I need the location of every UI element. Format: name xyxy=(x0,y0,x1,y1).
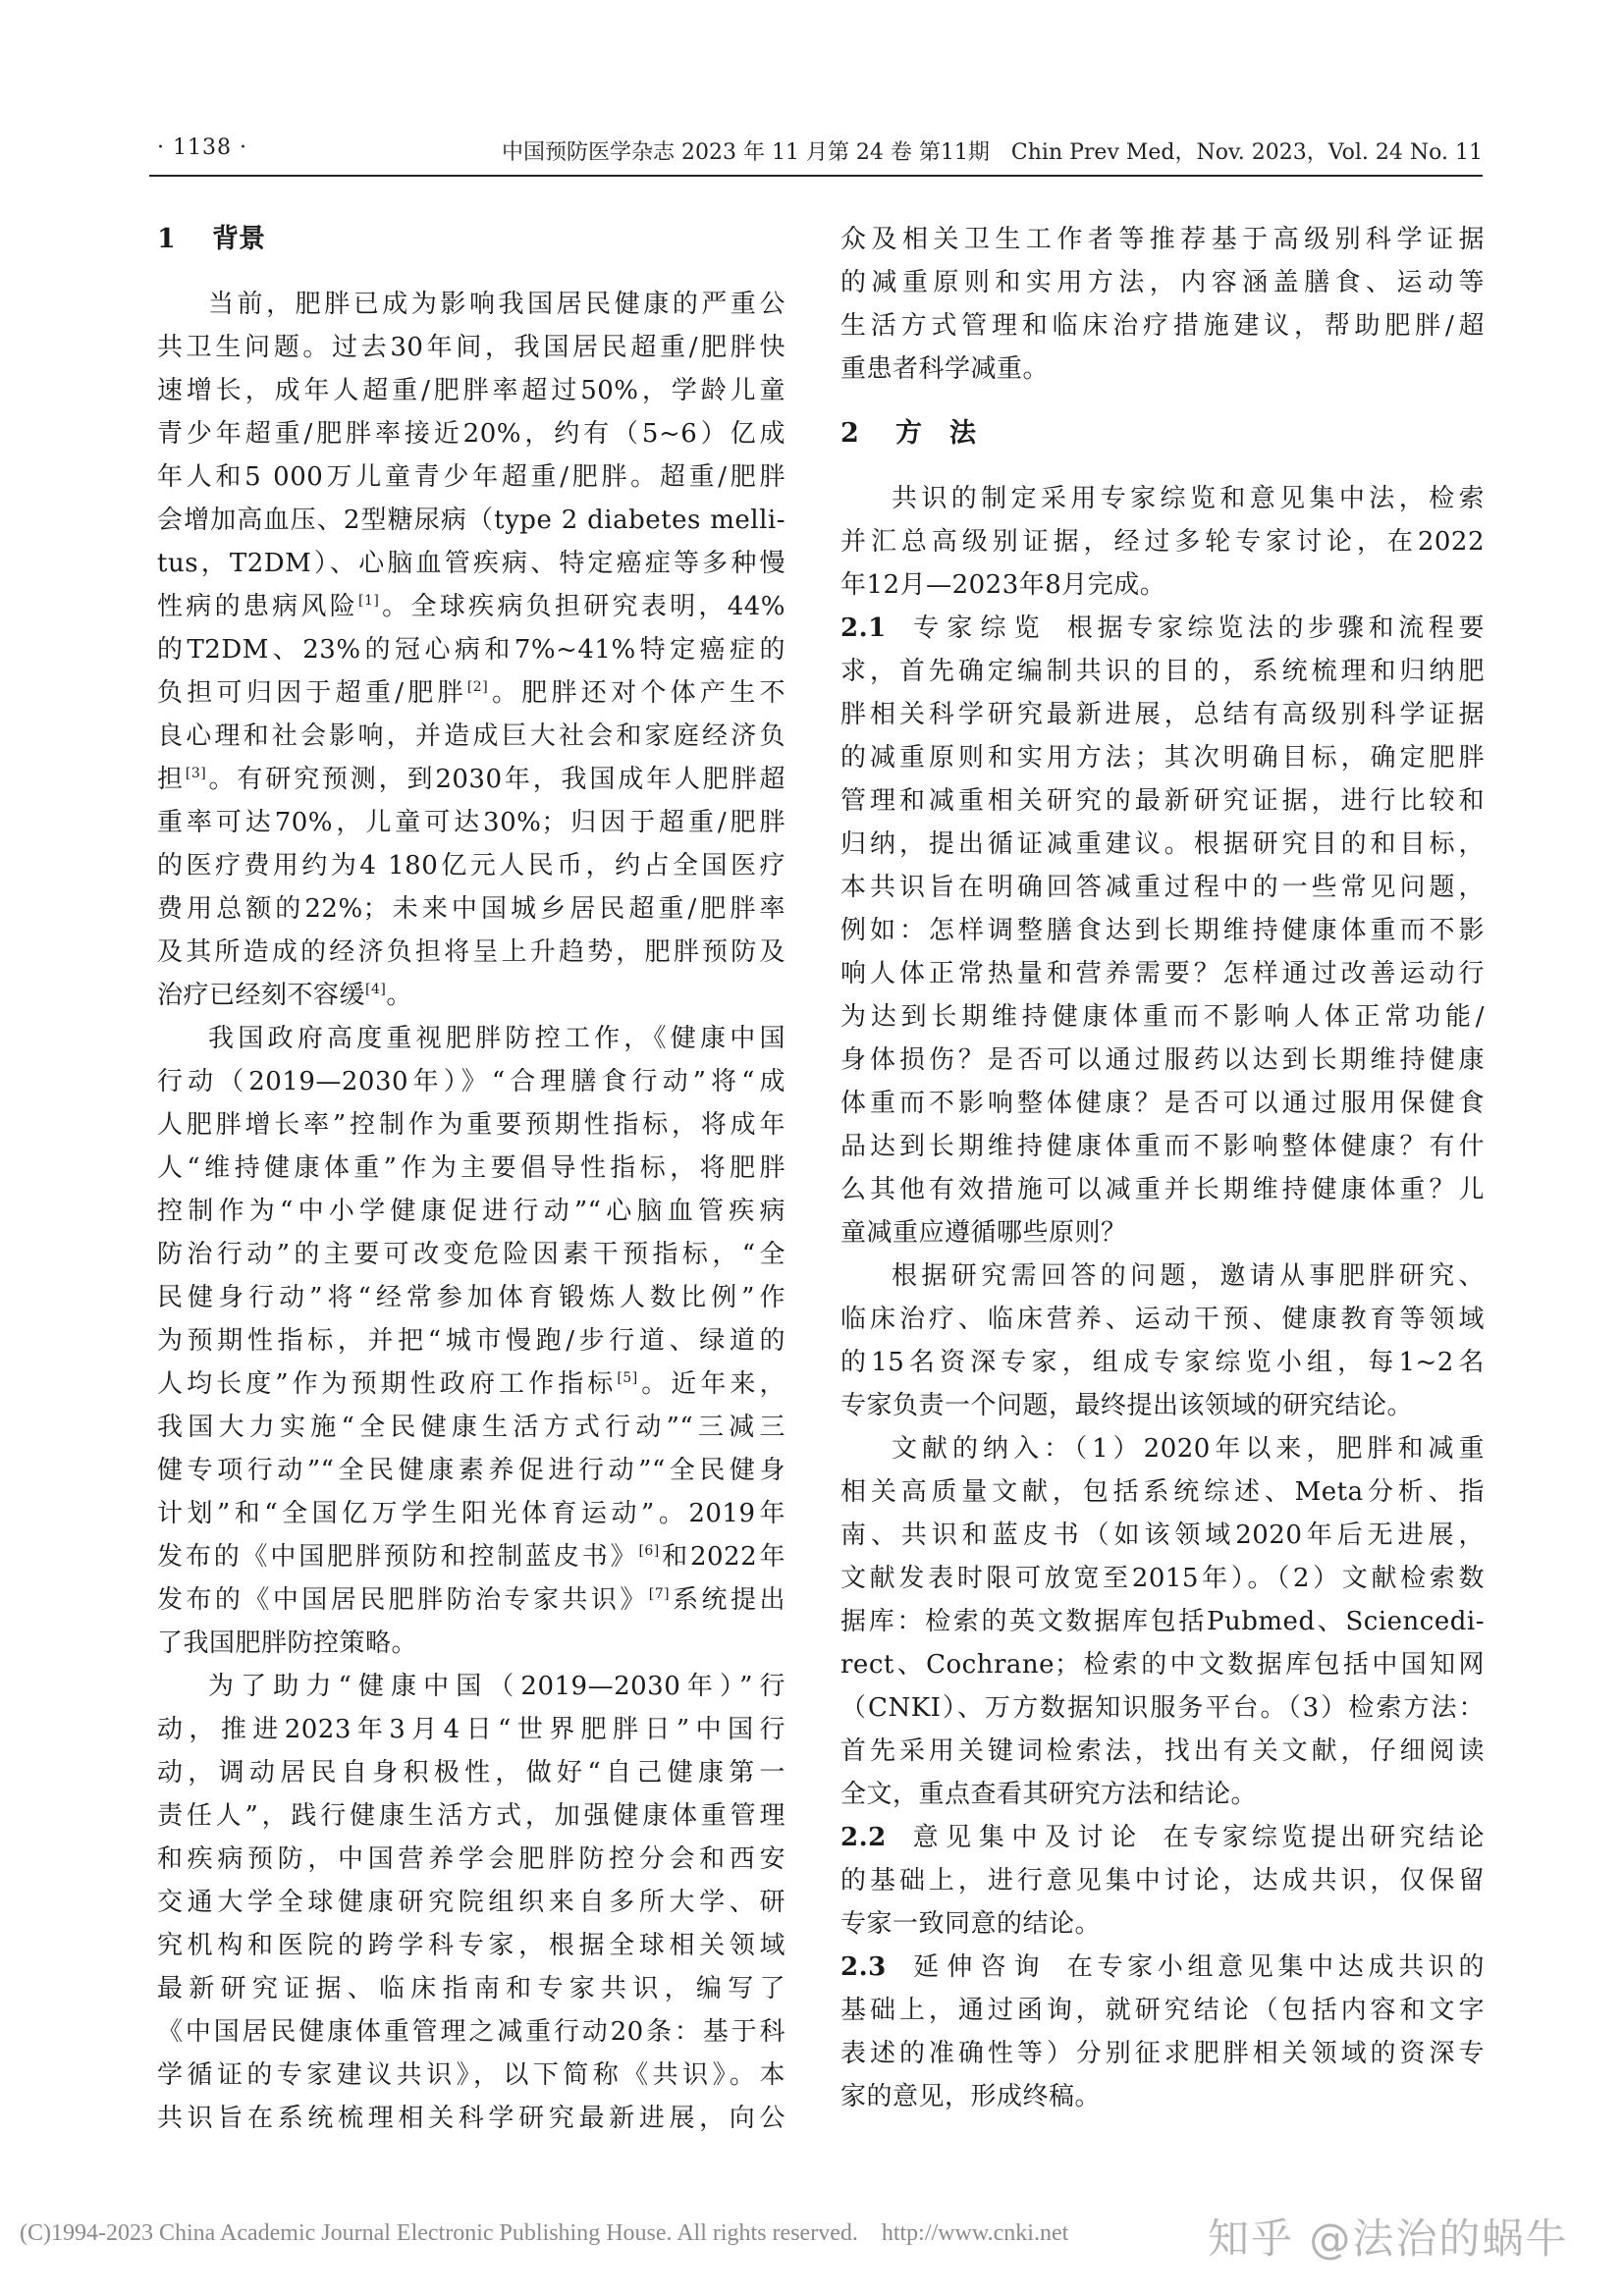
citation-ref[interactable]: [7] xyxy=(649,1586,670,1602)
text-line: 文献发表时限可放宽至2015年）。（2）文献检索数 xyxy=(840,1557,1485,1600)
running-header: · 1138 · 中国预防医学杂志 2023 年 11 月第 24 卷 第11期… xyxy=(157,135,1483,175)
text-line: 责任人”，践行健康生活方式，加强健康体重管理 xyxy=(157,1794,785,1838)
journal-citation: 中国预防医学杂志 2023 年 11 月第 24 卷 第11期 Chin Pre… xyxy=(502,135,1483,166)
text-line: 费用总额的22%；未来中国城乡居民超重/肥胖率 xyxy=(157,887,785,931)
text-line: 共识的制定采用专家综览和意见集中法，检索 xyxy=(840,477,1485,520)
text-line: 为达到长期维持健康体重而不影响人体正常功能/ xyxy=(840,995,1485,1039)
text-line: 人均长度”作为预期性政府工作指标[5]。近年来， xyxy=(157,1362,785,1406)
text-line: 管理和减重相关研究的最新研究证据，进行比较和 xyxy=(840,779,1485,823)
citation-ref[interactable]: [3] xyxy=(186,766,206,781)
text-line: 交通大学全球健康研究院组织来自多所大学、研 xyxy=(157,1881,785,1924)
text-line: 我国政府高度重视肥胖防控工作，《健康中国 xyxy=(157,1017,785,1060)
text-line: 最新研究证据、临床指南和专家共识，编写了 xyxy=(157,1967,785,2010)
text-line: 全文，重点查看其研究方法和结论。 xyxy=(840,1773,1485,1816)
text-line: 首先采用关键词检索法，找出有关文献，仔细阅读 xyxy=(840,1730,1485,1773)
header-divider xyxy=(149,175,1483,177)
text-line: 生活方式管理和临床治疗措施建议，帮助肥胖/超 xyxy=(840,304,1485,347)
text-line: 动，调动居民自身积极性，做好“自己健康第一 xyxy=(157,1751,785,1794)
text-line: 控制作为“中小学健康促进行动”“心脑血管疾病 xyxy=(157,1190,785,1233)
copyright-text: (C)1994-2023 China Academic Journal Elec… xyxy=(20,2220,858,2246)
text-line: 共卫生问题。过去30年间，我国居民超重/肥胖快 xyxy=(157,326,785,369)
citation-ref[interactable]: [5] xyxy=(617,1370,637,1386)
text-line: 童减重应遵循哪些原则？ xyxy=(840,1211,1485,1255)
text-line: 共识旨在系统梳理相关科学研究最新进展，向公 xyxy=(157,2097,785,2140)
text-line: tus，T2DM）、心脑血管疾病、特定癌症等多种慢 xyxy=(157,542,785,585)
text-line: 胖相关科学研究最新进展，总结有高级别科学证据 xyxy=(840,693,1485,736)
text-line: 并汇总高级别证据，经过多轮专家讨论，在2022 xyxy=(840,520,1485,563)
text-line: 的医疗费用约为4 180亿元人民币，约占全国医疗 xyxy=(157,844,785,887)
subsection-2-1: 2.1专家综览根据专家综览法的步骤和流程要 xyxy=(840,607,1485,650)
text-line: 和疾病预防，中国营养学会肥胖防控分会和西安 xyxy=(157,1838,785,1881)
text-line: 响人体正常热量和营养需要？怎样通过改善运动行 xyxy=(840,952,1485,995)
text-line: 根据研究需回答的问题，邀请从事肥胖研究、 xyxy=(840,1255,1485,1298)
text-line: 基础上，通过函询，就研究结论（包括内容和文字 xyxy=(840,1989,1485,2032)
text-line: 性病的患病风险[1]。全球疾病负担研究表明，44% xyxy=(157,585,785,628)
text-line: 文献的纳入：（1）2020年以来，肥胖和减重 xyxy=(840,1427,1485,1470)
text-line: 身体损伤？是否可以通过服药以达到长期维持健康 xyxy=(840,1039,1485,1082)
text-line: 的基础上，进行意见集中讨论，达成共识，仅保留 xyxy=(840,1859,1485,1902)
text-line: 重患者科学减重。 xyxy=(840,347,1485,391)
text-line: 发布的《中国居民肥胖防治专家共识》[7]系统提出 xyxy=(157,1578,785,1622)
text-line: 表述的准确性等）分别征求肥胖相关领域的资深专 xyxy=(840,2032,1485,2075)
text-line: 民健身行动”将“经常参加体育锻炼人数比例”作 xyxy=(157,1276,785,1319)
text-line: 品达到长期维持健康体重而不影响整体健康？有什 xyxy=(840,1125,1485,1168)
text-line: 据库：检索的英文数据库包括Pubmed、Sciencedi- xyxy=(840,1600,1485,1643)
text-line: 归纳，提出循证减重建议。根据研究目的和目标， xyxy=(840,823,1485,866)
citation-ref[interactable]: [1] xyxy=(358,593,379,609)
text-line: 求，首先确定编制共识的目的，系统梳理和归纳肥 xyxy=(840,650,1485,693)
text-line: 例如：怎样调整膳食达到长期维持健康体重而不影 xyxy=(840,909,1485,952)
text-line: 健专项行动”“全民健康素养促进行动”“全民健身 xyxy=(157,1449,785,1492)
text-line: 临床治疗、临床营养、运动干预、健康教育等领域 xyxy=(840,1298,1485,1341)
text-line: 为预期性指标，并把“城市慢跑/步行道、绿道的 xyxy=(157,1319,785,1362)
right-column: 众及相关卫生工作者等推荐基于高级别科学证据 的减重原则和实用方法，内容涵盖膳食、… xyxy=(840,218,1485,2118)
text-line: 重率可达70%，儿童可达30%；归因于超重/肥胖 xyxy=(157,801,785,844)
text-line: 本共识旨在明确回答减重过程中的一些常见问题， xyxy=(840,866,1485,909)
text-line: 治疗已经刻不容缓[4]。 xyxy=(157,974,785,1017)
page-number: · 1138 · xyxy=(157,135,247,160)
text-line: 众及相关卫生工作者等推荐基于高级别科学证据 xyxy=(840,218,1485,261)
section-heading-background: 1背景 xyxy=(157,218,785,261)
text-line: 南、共识和蓝皮书（如该领域2020年后无进展， xyxy=(840,1514,1485,1557)
text-line: 为了助力“健康中国（2019—2030年）”行 xyxy=(157,1665,785,1708)
citation-ref[interactable]: [6] xyxy=(638,1543,659,1559)
section-heading-methods: 2方法 xyxy=(840,412,1485,455)
text-line: 年12月—2023年8月完成。 xyxy=(840,563,1485,607)
text-line: 速增长，成年人超重/肥胖率超过50%，学龄儿童 xyxy=(157,369,785,412)
left-column: 1背景 当前，肥胖已成为影响我国居民健康的严重公 共卫生问题。过去30年间，我国… xyxy=(157,218,785,2140)
text-line: 的减重原则和实用方法；其次明确目标，确定肥胖 xyxy=(840,736,1485,779)
text-line: 专家负责一个问题，最终提出该领域的研究结论。 xyxy=(840,1384,1485,1427)
text-line: 相关高质量文献，包括系统综述、Meta分析、指 xyxy=(840,1470,1485,1514)
text-line: 人“维持健康体重”作为主要倡导性指标，将肥胖 xyxy=(157,1147,785,1190)
text-line: （CNKI）、万方数据知识服务平台。（3）检索方法： xyxy=(840,1686,1485,1730)
citation-ref[interactable]: [4] xyxy=(365,982,386,997)
subsection-2-3: 2.3延伸咨询在专家小组意见集中达成共识的 xyxy=(840,1946,1485,1989)
text-line: 体重而不影响整体健康？是否可以通过服用保健食 xyxy=(840,1082,1485,1125)
text-line: 学循证的专家建议共识》，以下简称《共识》。本 xyxy=(157,2054,785,2097)
citation-ref[interactable]: [2] xyxy=(467,679,488,695)
text-line: rect、Cochrane；检索的中文数据库包括中国知网 xyxy=(840,1643,1485,1686)
text-line: 的T2DM、23%的冠心病和7%~41%特定癌症的 xyxy=(157,628,785,671)
text-line: 行动（2019—2030年）》“合理膳食行动”将“成 xyxy=(157,1060,785,1103)
text-line: 《中国居民健康体重管理之减重行动20条：基于科 xyxy=(157,2010,785,2054)
text-line: 专家一致同意的结论。 xyxy=(840,1902,1485,1946)
text-line: 会增加高血压、2型糖尿病（type 2 diabetes melli- xyxy=(157,499,785,542)
text-line: 担[3]。有研究预测，到2030年，我国成年人肥胖超 xyxy=(157,758,785,801)
watermark: 知乎 @法治的蜗牛 xyxy=(1208,2207,1568,2266)
text-line: 年人和5 000万儿童青少年超重/肥胖。超重/肥胖 xyxy=(157,455,785,499)
text-line: 防治行动”的主要可改变危险因素干预指标，“全 xyxy=(157,1233,785,1276)
text-line: 我国大力实施“全民健康生活方式行动”“三减三 xyxy=(157,1406,785,1449)
text-line: 的减重原则和实用方法，内容涵盖膳食、运动等 xyxy=(840,261,1485,304)
text-line: 了我国肥胖防控策略。 xyxy=(157,1622,785,1665)
text-line: 发布的《中国肥胖预防和控制蓝皮书》[6]和2022年 xyxy=(157,1535,785,1578)
text-line: 么其他有效措施可以减重并长期维持健康体重？儿 xyxy=(840,1168,1485,1211)
text-line: 良心理和社会影响，并造成巨大社会和家庭经济负 xyxy=(157,715,785,758)
text-line: 计划”和“全国亿万学生阳光体育运动”。2019年 xyxy=(157,1492,785,1535)
subsection-2-2: 2.2意见集中及讨论在专家综览提出研究结论 xyxy=(840,1816,1485,1859)
text-line: 及其所造成的经济负担将呈上升趋势，肥胖预防及 xyxy=(157,931,785,974)
text-line: 青少年超重/肥胖率接近20%，约有（5~6）亿成 xyxy=(157,412,785,455)
text-line: 家的意见，形成终稿。 xyxy=(840,2075,1485,2118)
text-line: 负担可归因于超重/肥胖[2]。肥胖还对个体产生不 xyxy=(157,671,785,715)
text-line: 人肥胖增长率”控制作为重要预期性指标，将成年 xyxy=(157,1103,785,1147)
text-line: 究机构和医院的跨学科专家，根据全球相关领域 xyxy=(157,1924,785,1967)
text-line: 动，推进2023年3月4日“世界肥胖日”中国行 xyxy=(157,1708,785,1751)
text-line: 的15名资深专家，组成专家综览小组，每1~2名 xyxy=(840,1341,1485,1384)
cnki-link[interactable]: http://www.cnki.net xyxy=(882,2220,1068,2246)
text-line: 当前，肥胖已成为影响我国居民健康的严重公 xyxy=(157,283,785,326)
